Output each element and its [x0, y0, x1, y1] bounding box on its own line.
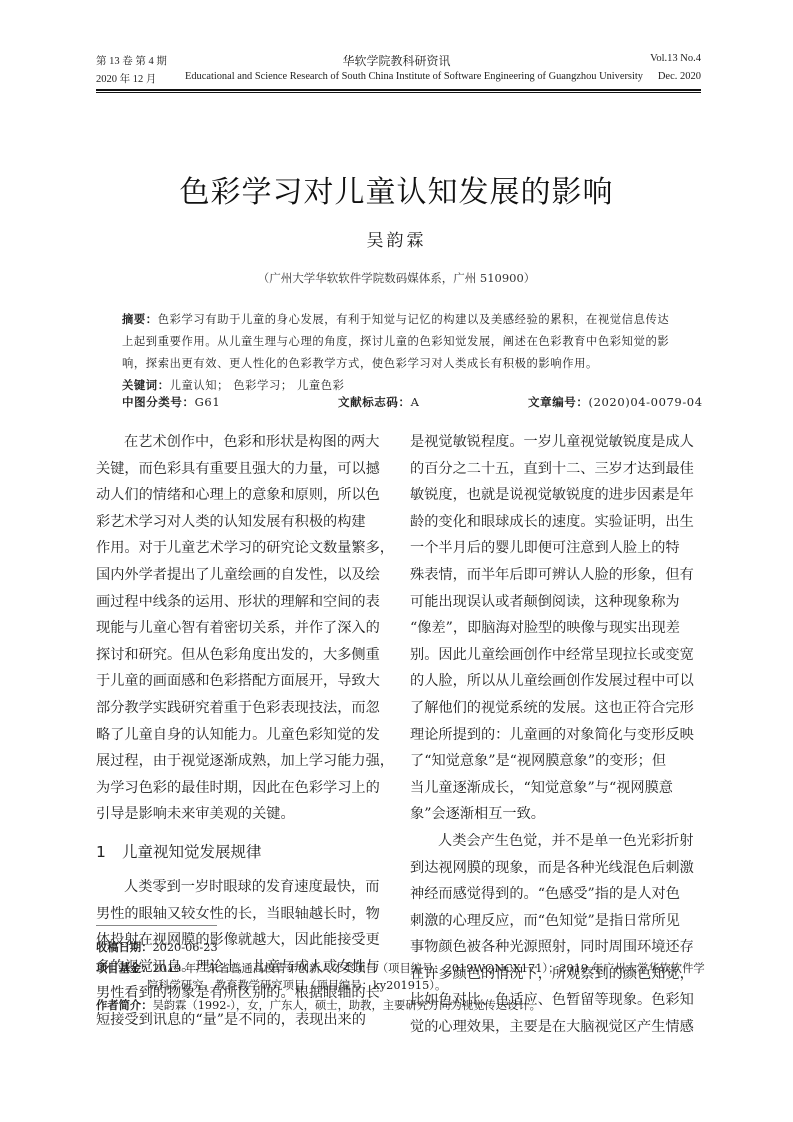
- abstract-line-2: 上起到重要作用。从儿童生理与心理的角度，探讨儿童的色彩知觉发展，阐述在色彩教育中…: [122, 333, 669, 349]
- journal-title-en: Educational and Science Research of Sout…: [185, 71, 643, 82]
- article-no-value: (2020)04-0079-04: [589, 395, 703, 409]
- author-bio: 作者简介：吴韵霖（1992-），女，广东人，硕士，助教，主要研究方向为视觉传达设…: [96, 997, 541, 1013]
- section-title: 儿童视知觉发展规律: [122, 843, 262, 861]
- article-no-label: 文章编号：: [528, 395, 589, 409]
- body-line: 国内外学者提出了儿童绘画的自发性，以及绘: [96, 562, 380, 589]
- body-line: 略了儿童自身的认知能力。儿童色彩知觉的发: [96, 722, 380, 749]
- volume-en: Vol.13 No.4: [650, 53, 701, 64]
- body-line: 人类会产生色觉，并不是单一色光彩折射: [410, 828, 702, 855]
- received-date: 收稿日期：2020-06-23: [96, 939, 218, 955]
- body-line: 关键，而色彩具有重要且强大的力量，可以撼: [96, 456, 380, 483]
- section-number: 1: [96, 838, 122, 866]
- abstract-text: 色彩学习有助于儿童的身心发展，有利于知觉与记忆的构建以及美感经验的累积，在视觉信…: [158, 313, 670, 326]
- received-label: 收稿日期：: [96, 941, 153, 954]
- keywords-label: 关键词：: [122, 379, 170, 392]
- body-line: 可能出现误认或者颠倒阅读，这种现象称为: [410, 589, 702, 616]
- body-line: 人类零到一岁时眼球的发育速度最快，而: [96, 874, 380, 901]
- body-line: 了解他们的视觉系统的发展。这也正符合完形: [410, 695, 702, 722]
- abstract-line-3: 响，探索出更有效、更人性化的色彩教学方式，使色彩学习对人类成长有积极的影响作用。: [122, 355, 598, 371]
- header-rule-thick: [96, 89, 701, 91]
- body-line: 展过程，由于视觉逐渐成熟，加上学习能力强，: [96, 748, 380, 775]
- body-line: 觉的心理效果，主要是在大脑视觉区产生情感: [410, 1014, 702, 1041]
- body-line: 为学习色彩的最佳时期，因此在色彩学习上的: [96, 775, 380, 802]
- abstract-label: 摘要：: [122, 313, 158, 326]
- author-affiliation: （广州大学华软软件学院数码媒体系，广州 510900）: [0, 270, 793, 286]
- body-line: “像差”，即脑海对脸型的映像与现实出现差: [410, 615, 702, 642]
- body-line: 的人脸，所以从儿童绘画创作发展过程中可以: [410, 668, 702, 695]
- body-right-column: 是视觉敏锐程度。一岁儿童视觉敏锐度是成人 的百分之二十五，直到十二、三岁才达到最…: [410, 429, 702, 1041]
- body-line: 画过程中线条的运用、形状的理解和空间的表: [96, 589, 380, 616]
- body-line: 于儿童的画面感和色彩搭配方面展开，导致大: [96, 668, 380, 695]
- document-code: 文献标志码：A: [338, 394, 420, 410]
- article-title: 色彩学习对儿童认知发展的影响: [0, 167, 793, 211]
- body-line: 探讨和研究。但从色彩角度出发的，大多侧重: [96, 642, 380, 669]
- body-line: 理论所提到的：儿童画的对象简化与变形反映: [410, 722, 702, 749]
- body-line: 男性的眼轴又较女性的长，当眼轴越长时，物: [96, 901, 380, 928]
- body-line: 刺激的心理反应，而“色知觉”是指日常所见: [410, 908, 702, 935]
- abstract-line-1: 摘要：色彩学习有助于儿童的身心发展，有利于知觉与记忆的构建以及美感经验的累积，在…: [122, 311, 669, 327]
- body-line: 引导是影响未来审美观的关键。: [96, 801, 380, 828]
- body-line: 动人们的情绪和心理上的意象和原则，所以色: [96, 482, 380, 509]
- author-bio-label: 作者简介：: [96, 999, 153, 1012]
- year-month: 2020 年 12 月: [96, 71, 156, 86]
- body-line: 敏锐度，也就是说视觉敏锐度的进步因素是年: [410, 482, 702, 509]
- body-line: 别。因此儿童绘画创作中经常呈现拉长或变宽: [410, 642, 702, 669]
- keywords-line: 关键词：儿童认知； 色彩学习； 儿童色彩: [122, 377, 345, 393]
- author-bio-value: 吴韵霖（1992-），女，广东人，硕士，助教，主要研究方向为视觉传达设计。: [153, 999, 541, 1012]
- body-line: 神经而感觉得到的。“色感受”指的是人对色: [410, 881, 702, 908]
- funding-line-2: 院科学研究、教育教学研究项目（项目编号：ky201915）。: [147, 977, 446, 993]
- body-line: 在艺术创作中，色彩和形状是构图的两大: [96, 429, 380, 456]
- body-line: 彩艺术学习对人类的认知发展有积极的构建: [96, 509, 380, 536]
- clc-number: 中图分类号：G61: [122, 394, 220, 410]
- body-line: 事物颜色被各种光源照射，同时周围环境还存: [410, 934, 702, 961]
- body-line: 当儿童逐渐成长，“知觉意象”与“视网膜意: [410, 775, 702, 802]
- body-line: 殊表情，而半年后即可辨认人脸的形象，但有: [410, 562, 702, 589]
- body-line: 龄的变化和眼球成长的速度。实验证明，出生: [410, 509, 702, 536]
- keywords-value: 儿童认知； 色彩学习； 儿童色彩: [170, 379, 345, 392]
- body-line: 一个半月后的婴儿即便可注意到人脸上的特: [410, 535, 702, 562]
- body-line: 象”会逐渐相互一致。: [410, 801, 702, 828]
- doc-code-value: A: [411, 395, 420, 409]
- clc-value: G61: [195, 395, 221, 409]
- article-author: 吴韵霖: [0, 226, 793, 251]
- body-line: 部分教学实践研究着重于色彩表现技法，而忽: [96, 695, 380, 722]
- footnote-rule: [96, 925, 217, 926]
- body-line: 现能与儿童心智有着密切关系，并作了深入的: [96, 615, 380, 642]
- body-line: 的百分之二十五，直到十二、三岁才达到最佳: [410, 456, 702, 483]
- header-rule-thin: [96, 92, 701, 93]
- received-value: 2020-06-23: [153, 941, 218, 954]
- clc-label: 中图分类号：: [122, 395, 195, 409]
- funding-label: 项目基金：: [96, 962, 153, 975]
- article-number: 文章编号：(2020)04-0079-04: [528, 394, 703, 410]
- body-line: 到达视网膜的现象，而是各种光线混色后刺激: [410, 855, 702, 882]
- funding: 项目基金：2019 年广东省普通高校青年创新人才类项目（项目编号：2019WQN…: [96, 960, 705, 976]
- body-line: 是视觉敏锐程度。一岁儿童视觉敏锐度是成人: [410, 429, 702, 456]
- doc-code-label: 文献标志码：: [338, 395, 411, 409]
- funding-line-1: 2019 年广东省普通高校青年创新人才类项目（项目编号：2019WQNCX171…: [153, 962, 705, 975]
- body-line: 作用。对于儿童艺术学习的研究论文数量繁多，: [96, 535, 380, 562]
- section-heading-1: 1儿童视知觉发展规律: [96, 838, 380, 866]
- body-line: 了“知觉意象”是“视网膜意象”的变形；但: [410, 748, 702, 775]
- date-en: Dec. 2020: [658, 71, 701, 82]
